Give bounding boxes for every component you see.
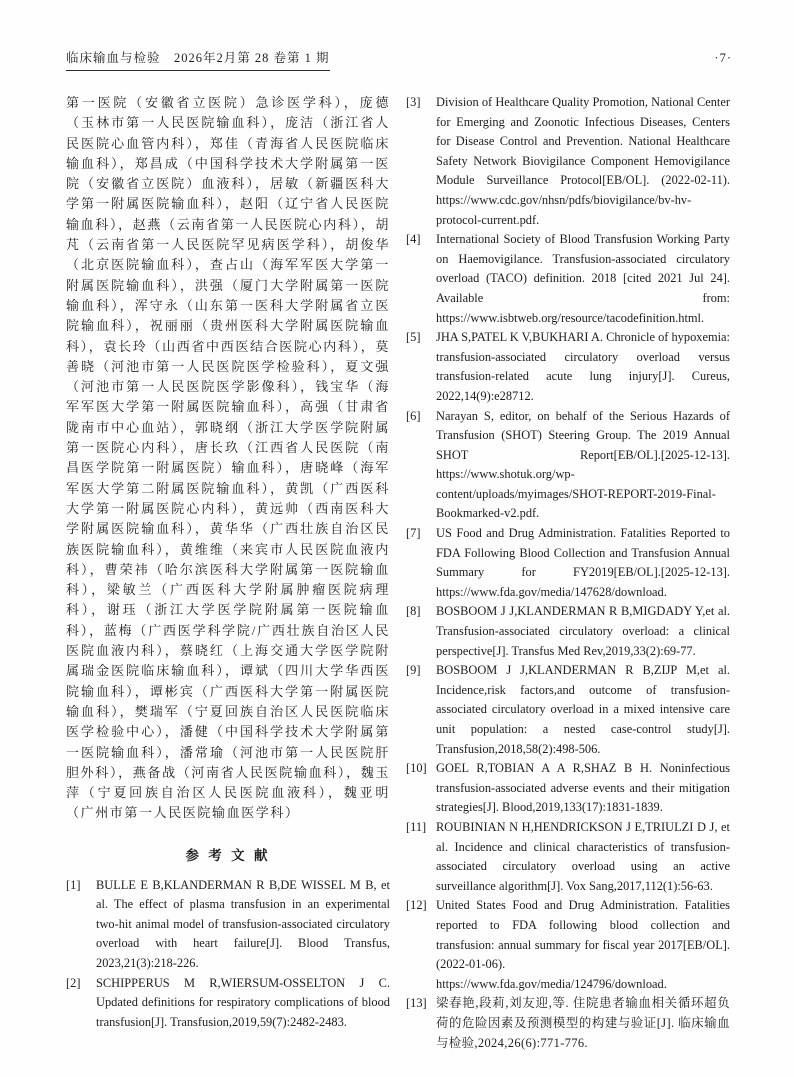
reference-text: ROUBINIAN N H,HENDRICKSON J E,TRIULZI D … (436, 818, 730, 896)
reference-number: [3] (406, 93, 436, 230)
reference-text: International Society of Blood Transfusi… (436, 230, 730, 328)
page-number: ·7· (714, 51, 732, 66)
reference-item: [12] United States Food and Drug Adminis… (406, 896, 730, 994)
reference-text: 梁春艳,段莉,刘友迎,等. 住院患者输血相关循环超负荷的危险因素及预测模型的构建… (436, 994, 730, 1053)
reference-number: [12] (406, 896, 436, 994)
reference-item: [8] BOSBOOM J J,KLANDERMAN R B,MIGDADY Y… (406, 602, 730, 661)
reference-text: Narayan S, editor, on behalf of the Seri… (436, 407, 730, 525)
reference-item: [1] BULLE E B,KLANDERMAN R B,DE WISSEL M… (66, 876, 390, 974)
reference-item: [5] JHA S,PATEL K V,BUKHARI A. Chronicle… (406, 328, 730, 406)
reference-item: [7] US Food and Drug Administration. Fat… (406, 524, 730, 602)
reference-item: [2] SCHIPPERUS M R,WIERSUM-OSSELTON J C.… (66, 974, 390, 1033)
reference-text: Division of Healthcare Quality Promotion… (436, 93, 730, 230)
left-column: 第一医院（安徽省立医院）急诊医学科），庞德（玉林市第一人民医院输血科），庞洁（浙… (66, 93, 390, 1053)
reference-item: [3] Division of Healthcare Quality Promo… (406, 93, 730, 230)
reference-text: JHA S,PATEL K V,BUKHARI A. Chronicle of … (436, 328, 730, 406)
journal-page: 临床输血与检验 2026年2月第 28 卷第 1 期 ·7· 第一医院（安徽省立… (0, 0, 794, 1077)
reference-number: [5] (406, 328, 436, 406)
reference-text: BOSBOOM J J,KLANDERMAN R B,MIGDADY Y,et … (436, 602, 730, 661)
reference-number: [1] (66, 876, 96, 974)
reference-number: [10] (406, 759, 436, 818)
reference-number: [9] (406, 661, 436, 759)
references-list-left: [1] BULLE E B,KLANDERMAN R B,DE WISSEL M… (66, 876, 390, 1033)
reference-number: [8] (406, 602, 436, 661)
reference-number: [4] (406, 230, 436, 328)
references-list-right: [3] Division of Healthcare Quality Promo… (406, 93, 730, 1053)
reference-number: [13] (406, 994, 436, 1053)
reference-text: SCHIPPERUS M R,WIERSUM-OSSELTON J C. Upd… (96, 974, 390, 1033)
reference-number: [11] (406, 818, 436, 896)
reference-number: [2] (66, 974, 96, 1033)
reference-item: [13] 梁春艳,段莉,刘友迎,等. 住院患者输血相关循环超负荷的危险因素及预测… (406, 994, 730, 1053)
right-column: [3] Division of Healthcare Quality Promo… (406, 93, 730, 1053)
reference-text: US Food and Drug Administration. Fatalit… (436, 524, 730, 602)
reference-text: United States Food and Drug Administrati… (436, 896, 730, 994)
reference-item: [4] International Society of Blood Trans… (406, 230, 730, 328)
reference-item: [10] GOEL R,TOBIAN A A R,SHAZ B H. Nonin… (406, 759, 730, 818)
reference-item: [9] BOSBOOM J J,KLANDERMAN R B,ZIJP M,et… (406, 661, 730, 759)
reference-item: [11] ROUBINIAN N H,HENDRICKSON J E,TRIUL… (406, 818, 730, 896)
reference-text: BULLE E B,KLANDERMAN R B,DE WISSEL M B, … (96, 876, 390, 974)
author-affiliations-paragraph: 第一医院（安徽省立医院）急诊医学科），庞德（玉林市第一人民医院输血科），庞洁（浙… (66, 93, 390, 824)
reference-number: [6] (406, 407, 436, 525)
reference-number: [7] (406, 524, 436, 602)
page-header: 临床输血与检验 2026年2月第 28 卷第 1 期 ·7· (66, 48, 732, 71)
journal-issue-info: 临床输血与检验 2026年2月第 28 卷第 1 期 (66, 48, 330, 71)
references-heading: 参 考 文 献 (66, 844, 390, 864)
two-column-body: 第一医院（安徽省立医院）急诊医学科），庞德（玉林市第一人民医院输血科），庞洁（浙… (66, 93, 732, 1053)
reference-text: BOSBOOM J J,KLANDERMAN R B,ZIJP M,et al.… (436, 661, 730, 759)
reference-text: GOEL R,TOBIAN A A R,SHAZ B H. Noninfecti… (436, 759, 730, 818)
reference-item: [6] Narayan S, editor, on behalf of the … (406, 407, 730, 525)
